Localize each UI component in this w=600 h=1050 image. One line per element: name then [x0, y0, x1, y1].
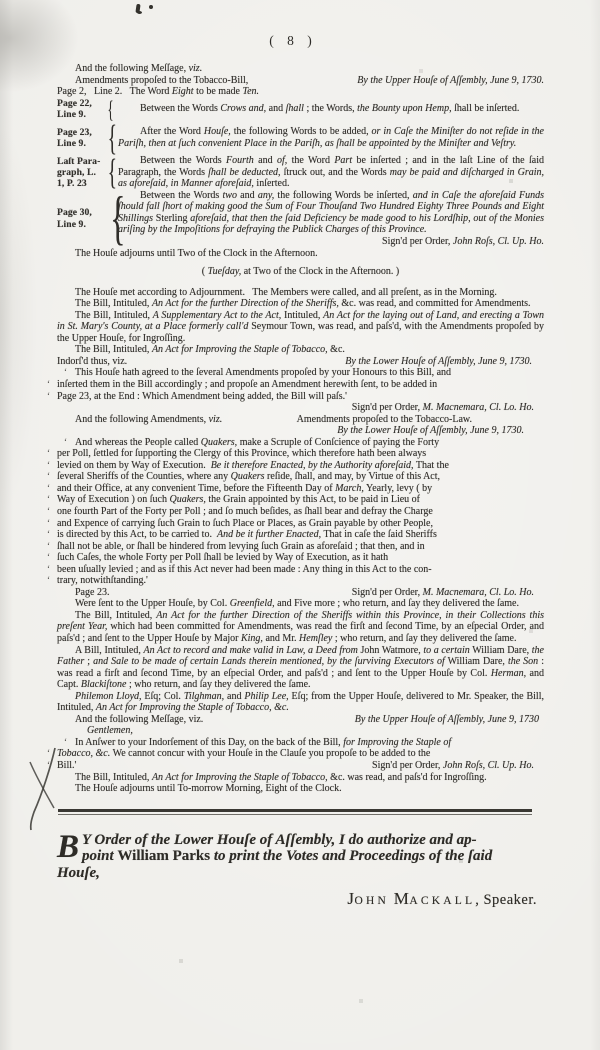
text-segment: March,: [335, 483, 364, 494]
text-segment: one fourth Part of the Forty per Poll ; …: [57, 506, 433, 517]
split-right: Sign'd per Order, M. Macnemara, Cl. Lo. …: [352, 587, 544, 599]
text-segment: and: [224, 691, 244, 702]
document-body: And the following Meſſage, viz.Amendment…: [57, 63, 544, 908]
paragraph: The Bill, Intituled, An Act for Improvin…: [57, 344, 544, 356]
quote-mark: ‘: [47, 518, 50, 530]
quote-mark: ‘: [47, 552, 50, 564]
brace-char: {: [110, 189, 125, 249]
text-segment: John Roſs, Cl. Up. Ho.: [443, 760, 534, 771]
text-segment: Ten.: [242, 86, 259, 97]
text-segment: The Bill, Intituled,: [75, 298, 152, 309]
text-segment: By the Upper Houſe of Aſſembly, June 9, …: [357, 75, 544, 86]
text-segment: Page 2, Line 2. The Word: [57, 86, 172, 97]
quote-mark: ‘: [47, 379, 50, 391]
text-segment: M: [389, 889, 409, 908]
margin-note-row: Laſt Para-graph, L.1, P. 23{Between the …: [57, 155, 544, 190]
text-segment: Sterling: [153, 213, 190, 224]
text-segment: &c.: [328, 344, 345, 355]
quote-mark: ‘: [47, 575, 50, 587]
quote-line: ‘is directed by this Act, to be carried …: [57, 529, 544, 541]
split-left: And the following Amendments, viz.: [57, 414, 222, 426]
quoted-block: ‘And whereas the People called Quakers, …: [57, 437, 544, 587]
margin-note-text: Between the Words Fourth and of, the Wor…: [118, 155, 544, 190]
margin-label: Page 22,Line 9.: [57, 98, 104, 121]
text-segment: ; the Words,: [304, 103, 357, 114]
quote-mark: ‘: [47, 494, 50, 506]
quote-line: ‘been uſually levied ; and as if this Ac…: [57, 564, 544, 576]
margin-label-line: Page 30,: [57, 207, 104, 218]
brace-glyph: {: [104, 98, 118, 121]
text-segment: and: [266, 103, 285, 114]
text-segment: is directed by this Act, to be carried t…: [57, 529, 217, 540]
quote-mark: ‘: [47, 460, 50, 472]
text-segment: By the Upper Houſe of Aſſembly, June 9, …: [355, 714, 539, 725]
text-segment: per Poll, ſettled for ſupporting the Cle…: [57, 448, 426, 459]
text-segment: make a Scruple of Conſcience of paying t…: [237, 437, 439, 448]
quote-line: ‘Page 23, at the End : Which Amendment b…: [57, 391, 544, 403]
margin-note-row: Page 22,Line 9.{Between the Words Crows …: [57, 98, 544, 121]
quote-line: ‘ſhall not be able, or ſhall be hindered…: [57, 541, 544, 553]
vertical-gap: [57, 815, 544, 832]
text-segment: ; who return, and ſay they delivered the…: [126, 679, 310, 690]
text-segment: And the following Meſſage, viz.: [75, 714, 203, 725]
text-segment: trary, notwithſtanding.': [57, 575, 148, 586]
text-segment: William Dare,: [470, 645, 532, 656]
quote-line: ‘one fourth Part of the Forty per Poll ;…: [57, 506, 544, 518]
text-segment: ſhall: [286, 103, 304, 114]
closing-line: point William Parks to print the Votes a…: [57, 848, 544, 865]
text-segment: for Improving the Staple of: [343, 737, 451, 748]
text-segment: We cannot concur with your Houſe in the …: [110, 748, 430, 759]
quote-mark: ‘: [47, 483, 50, 495]
text-segment: the Word: [287, 155, 334, 166]
text-segment: and their Office, at any convenient Time…: [57, 483, 335, 494]
brace-glyph: {: [104, 155, 118, 190]
quote-mark: ‘: [64, 367, 67, 379]
text-segment: Philemon Lloyd,: [75, 691, 142, 702]
ink-speck: [149, 5, 153, 9]
quote-mark: ‘: [47, 541, 50, 553]
text-segment: Houſe,: [57, 865, 100, 881]
vertical-gap: [57, 278, 544, 287]
text-segment: Quakers,: [201, 437, 237, 448]
text-segment: viz.: [209, 414, 223, 425]
text-segment: at Two of the Clock in the Afternoon. ): [241, 266, 399, 277]
margin-note-text: Between the Words two and any, the follo…: [118, 190, 544, 248]
text-segment: inſerted them in the Bill accordingly ; …: [57, 379, 437, 390]
ink-speck: [137, 11, 142, 14]
brace-char: {: [108, 120, 117, 156]
text-segment: By the Lower Houſe of Aſſembly, June 9, …: [345, 356, 532, 367]
text-segment: Indorſ'd thus, viz.: [57, 356, 127, 367]
text-segment: Intituled,: [281, 310, 323, 321]
text-segment: been uſually levied ; and as if this Act…: [57, 564, 432, 575]
text-segment: Eight: [172, 86, 194, 97]
margin-note-row: Page 23,Line 9.{After the Word Houſe, th…: [57, 121, 544, 156]
text-segment: ſtruck out, and the Words: [281, 167, 390, 178]
quote-mark: ‘: [64, 737, 67, 749]
text-segment: Between the Words: [140, 155, 226, 166]
paragraph: The Bill, Intituled, A Supplementary Act…: [57, 310, 544, 345]
text-segment: Page 23, at the End : Which Amendment be…: [57, 391, 347, 402]
text-segment: An Act for Improving the Staple of Tobac…: [96, 702, 289, 713]
text-segment: John Watmore,: [358, 645, 424, 656]
text-segment: , Speaker.: [475, 892, 537, 908]
quote-line: ‘inſerted them in the Bill accordingly ;…: [57, 379, 544, 391]
margin-label-line: Page 23,: [57, 127, 104, 138]
text-segment: A Supplementary Act to the Act,: [153, 310, 282, 321]
text-segment: Sign'd per Order,: [372, 760, 443, 771]
right-aligned-line: By the Lower Houſe of Aſſembly, June 9, …: [57, 425, 544, 437]
paragraph: The Bill, Intituled, An Act for Improvin…: [57, 772, 544, 784]
closing-line: Y Order of the Lower Houſe of Aſſembly, …: [57, 832, 544, 849]
text-segment: And the following Meſſage,: [75, 63, 189, 74]
text-segment: Fourth: [226, 155, 254, 166]
text-segment: Hemſley: [299, 633, 332, 644]
text-segment: ACKALL: [409, 895, 475, 907]
scanned-document-page: ( 8 ) And the following Meſſage, viz.Ame…: [0, 0, 600, 1050]
text-segment: and Five more ; who return, and ſay they…: [275, 598, 519, 609]
text-segment: &c. was read, and paſs'd for Ingroſſing.: [328, 772, 487, 783]
margin-label-line: Page 22,: [57, 98, 104, 109]
text-segment: The Bill, Intituled,: [75, 344, 152, 355]
text-segment: Gentlemen,: [87, 725, 133, 736]
margin-label-line: Line 9.: [57, 219, 104, 230]
paragraph: Page 2, Line 2. The Word Eight to be mad…: [57, 86, 544, 98]
quote-mark: ‘: [47, 506, 50, 518]
margin-label-line: Line 9.: [57, 138, 104, 149]
text-segment: King,: [241, 633, 263, 644]
text-segment: ſhall not be able, or ſhall be hindered …: [57, 541, 425, 552]
handwritten-x-mark: [24, 746, 64, 832]
paragraph: And the following Meſſage, viz.: [57, 63, 544, 75]
text-segment: William Parks: [117, 848, 210, 864]
text-segment: Sign'd per Order,: [352, 402, 423, 413]
text-segment: Herman,: [491, 668, 526, 679]
quote-line: ‘Tobacco, &c. We cannot concur with your…: [57, 748, 544, 760]
text-segment: and: [237, 190, 258, 201]
text-segment: and: [254, 155, 277, 166]
text-segment: Philip Lee,: [244, 691, 288, 702]
text-segment: to print the Votes and Proceedings of th…: [210, 848, 492, 864]
split-right: Amendments propoſed to the Tobacco-Law.: [297, 414, 544, 426]
quote-line: ‘and Expence of carrying ſuch Grain to ſ…: [57, 518, 544, 530]
quote-line: ‘ſeveral Sheriffs of the Counties, where…: [57, 471, 544, 483]
text-segment: Be it therefore Enacted, by the Authorit…: [211, 460, 414, 471]
quote-line: ‘ſuch Caſes, the whole Forty per Poll ſh…: [57, 552, 544, 564]
text-segment: and Sale to be made of certain Lands the…: [93, 656, 445, 667]
text-segment: Y Order of the Lower Houſe of Aſſembly, …: [82, 832, 477, 848]
quote-line: ‘Bill.'Sign'd per Order, John Roſs, Cl. …: [57, 760, 544, 772]
text-segment: ; who return, and ſay they delivered the…: [332, 633, 516, 644]
text-segment: the Bounty upon Hemp,: [357, 103, 451, 114]
margin-note-row: Page 30,Line 9.{Between the Words two an…: [57, 190, 544, 248]
text-segment: Between the Words: [140, 103, 220, 114]
text-segment: reſide, ſhall, and may, by Virtue of thi…: [265, 471, 440, 482]
text-segment: ſuch Caſes, the whole Forty per Poll ſha…: [57, 552, 388, 563]
quoted-block: ‘In Anſwer to your Indorſement of this D…: [57, 737, 544, 772]
text-segment: M. Macnemara, Cl. Lo. Ho.: [423, 402, 534, 413]
split-left: And the following Meſſage, viz.: [57, 714, 203, 726]
text-segment: Amendments propoſed to the Tobacco-Law.: [297, 414, 472, 425]
text-segment: The Bill, Intituled,: [75, 610, 156, 621]
text-segment: An Act for Improving the Staple of Tobac…: [152, 344, 328, 355]
margin-note-text: After the Word Houſe, the following Word…: [118, 126, 544, 149]
signature-line: Sign'd per Order, John Roſs, Cl. Up. Ho.: [118, 236, 544, 248]
text-segment: levied on them by Way of Execution.: [57, 460, 211, 471]
text-segment: In Anſwer to your Indorſement of this Da…: [75, 737, 343, 748]
brace-glyph: {: [104, 190, 118, 248]
text-segment: And be it further Enacted,: [217, 529, 321, 540]
text-segment: By the Lower Houſe of Aſſembly, June 9, …: [337, 425, 524, 436]
text-segment: Eſq; Col.: [142, 691, 184, 702]
quote-line: ‘This Houſe hath agreed to the ſeveral A…: [57, 367, 544, 379]
text-segment: &c. was read, and committed for Amendmen…: [339, 298, 531, 309]
text-segment: Page 23.: [75, 587, 109, 598]
quote-mark: ‘: [47, 448, 50, 460]
text-segment: The Houſe met according to Adjournment. …: [75, 287, 497, 298]
right-aligned-line: Sign'd per Order, M. Macnemara, Cl. Lo. …: [57, 402, 544, 414]
text-segment: Quakers,: [170, 494, 206, 505]
text-segment: M. Macnemara, Cl. Lo. Ho.: [423, 587, 534, 598]
text-segment: the following Words to be added,: [231, 126, 372, 137]
text-segment: Way of Execution ) on ſuch: [57, 494, 170, 505]
text-segment: the Grain appointed by this Act, to be p…: [206, 494, 420, 505]
text-segment: of,: [277, 155, 287, 166]
page-number: ( 8 ): [0, 33, 586, 49]
split-left: Indorſ'd thus, viz.: [57, 356, 127, 368]
split-right: By the Lower Houſe of Aſſembly, June 9, …: [345, 356, 544, 368]
quote-line: ‘And whereas the People called Quakers, …: [57, 437, 544, 449]
text-segment: A Bill, Intituled,: [75, 645, 143, 656]
speaker-signature: JOHN MACKALL, Speaker.: [57, 893, 544, 908]
text-segment: And whereas the People called: [75, 437, 201, 448]
authorization-statement: BY Order of the Lower Houſe of Aſſembly,…: [57, 832, 544, 882]
text-segment: to a certain: [423, 645, 469, 656]
vertical-gap: [57, 881, 544, 893]
split-line: And the following Meſſage, viz.By the Up…: [57, 714, 544, 726]
text-segment: An Act for the further Direction of the …: [152, 298, 339, 309]
text-segment: Between the Words: [140, 190, 223, 201]
quote-mark: ‘: [47, 391, 50, 403]
text-segment: Part: [334, 155, 352, 166]
split-line: And the following Amendments, viz.Amendm…: [57, 414, 544, 426]
paragraph: Gentlemen,: [57, 725, 544, 737]
paragraph: Were ſent to the Upper Houſe, by Col. Gr…: [57, 598, 544, 610]
text-segment: and Expence of carrying ſuch Grain to ſu…: [57, 518, 433, 529]
text-segment: The Bill, Intituled,: [75, 310, 153, 321]
drop-cap: B: [57, 833, 79, 862]
text-segment: Amendments propoſed to the Tobacco-Bill,: [75, 75, 248, 86]
closing-line: Houſe,: [57, 865, 544, 882]
vertical-gap: [57, 795, 544, 809]
split-right: By the Upper Houſe of Aſſembly, June 9, …: [357, 75, 544, 87]
margin-label: Page 30,Line 9.: [57, 207, 104, 230]
text-segment: An Act for Improving the Staple of Tobac…: [152, 772, 328, 783]
margin-label: Page 23,Line 9.: [57, 127, 104, 150]
text-segment: An Act to record and make valid in Law, …: [143, 645, 357, 656]
text-segment: the Son: [508, 656, 538, 667]
paragraph: A Bill, Intituled, An Act to record and …: [57, 645, 544, 691]
split-line: Indorſ'd thus, viz.By the Lower Houſe of…: [57, 356, 544, 368]
centered-line: ( Tueſday, at Two of the Clock in the Af…: [57, 266, 544, 278]
text-segment: Tilghman,: [184, 691, 224, 702]
text-segment: Quakers: [231, 471, 265, 482]
quote-mark: ‘: [47, 564, 50, 576]
margin-label-line: 1, P. 23: [57, 178, 104, 189]
margin-label-line: Laſt Para-: [57, 156, 104, 167]
text-segment: This Houſe hath agreed to the ſeveral Am…: [75, 367, 451, 378]
text-segment: And the following Amendments,: [75, 414, 209, 425]
margin-label-line: Line 9.: [57, 109, 104, 120]
vertical-gap: [57, 259, 544, 266]
text-segment: John Roſs, Cl. Up. Ho.: [453, 236, 544, 247]
text-segment: Tueſday,: [208, 266, 242, 277]
text-segment: and Mr.: [263, 633, 299, 644]
text-segment: Greenfield,: [230, 598, 275, 609]
text-segment: ſhall be inſerted.: [452, 103, 520, 114]
split-line: Page 23.Sign'd per Order, M. Macnemara, …: [57, 587, 544, 599]
text-segment: That the: [414, 460, 449, 471]
quote-line: ‘and their Office, at any convenient Tim…: [57, 483, 544, 495]
paragraph: Philemon Lloyd, Eſq; Col. Tilghman, and …: [57, 691, 544, 714]
quote-line: ‘levied on them by Way of Execution. Be …: [57, 460, 544, 472]
text-segment: ſhall be deducted,: [208, 167, 280, 178]
text-segment: to be made: [194, 86, 243, 97]
quoted-block: ‘This Houſe hath agreed to the ſeveral A…: [57, 367, 544, 402]
text-segment: That in caſe the ſaid Sheriffs: [321, 529, 437, 540]
text-segment: William Dare,: [445, 656, 508, 667]
text-segment: Blackiſtone: [81, 679, 127, 690]
text-segment: Sign'd per Order,: [382, 236, 453, 247]
paragraph: The Houſe met according to Adjournment. …: [57, 287, 544, 299]
quote-mark: ‘: [47, 471, 50, 483]
text-segment: ſeveral Sheriffs of the Counties, where …: [57, 471, 231, 482]
paper-specks: [300, 300, 302, 302]
text-segment: Houſe,: [204, 126, 231, 137]
brace-glyph: {: [104, 121, 118, 156]
text-segment: The Houſe adjourns until To-morrow Morni…: [75, 783, 342, 794]
quote-line: ‘In Anſwer to your Indorſement of this D…: [57, 737, 544, 749]
split-left: Amendments propoſed to the Tobacco-Bill,: [57, 75, 248, 87]
margin-label: Laſt Para-graph, L.1, P. 23: [57, 156, 104, 190]
paragraph: The Houſe adjourns until Two of the Cloc…: [57, 248, 544, 260]
paragraph: The Houſe adjourns until To-morrow Morni…: [57, 783, 544, 795]
text-segment: The Bill, Intituled,: [75, 772, 152, 783]
text-segment: two: [223, 190, 237, 201]
quote-line-right: Sign'd per Order, John Roſs, Cl. Up. Ho.: [372, 760, 544, 772]
text-segment: Tobacco, &c.: [57, 748, 110, 759]
text-segment: Yearly, levy ( by: [364, 483, 432, 494]
text-segment: After the Word: [140, 126, 204, 137]
quote-mark: ‘: [64, 437, 67, 449]
quote-mark: ‘: [47, 529, 50, 541]
split-left: Page 23.: [57, 587, 109, 599]
paragraph: The Bill, Intituled, An Act for the furt…: [57, 610, 544, 645]
quote-line: ‘per Poll, ſettled for ſupporting the Cl…: [57, 448, 544, 460]
split-right: By the Upper Houſe of Aſſembly, June 9, …: [355, 714, 544, 726]
quote-line: ‘Way of Execution ) on ſuch Quakers, the…: [57, 494, 544, 506]
split-line: Amendments propoſed to the Tobacco-Bill,…: [57, 75, 544, 87]
quote-line: ‘trary, notwithſtanding.': [57, 575, 544, 587]
text-segment: any,: [258, 190, 274, 201]
text-segment: Were ſent to the Upper Houſe, by Col.: [75, 598, 230, 609]
text-segment: inſerted.: [254, 178, 290, 189]
text-segment: ;: [84, 656, 93, 667]
text-segment: viz.: [189, 63, 203, 74]
margin-note-text: Between the Words Crows and, and ſhall ;…: [118, 103, 544, 115]
text-segment: Crows and,: [220, 103, 266, 114]
text-segment: point: [82, 848, 117, 864]
text-segment: Sign'd per Order,: [352, 587, 423, 598]
text-segment: OHN: [354, 895, 389, 907]
text-segment: the following Words be inſerted,: [274, 190, 413, 201]
margin-label-line: graph, L.: [57, 167, 104, 178]
